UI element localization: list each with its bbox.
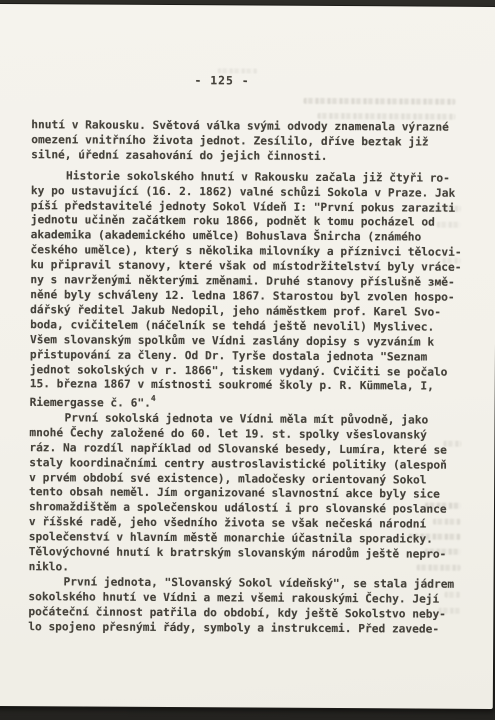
scanned-page-photo: - 125 - hnutí v Rakousku. Světová válka …: [0, 0, 495, 720]
paragraph-2: Historie sokolského hnutí v Rakousku zač…: [30, 169, 475, 414]
book-page: - 125 - hnutí v Rakousku. Světová válka …: [0, 4, 495, 709]
paragraph-3: První sokolská jednota ve Vídni měla mít…: [29, 411, 474, 578]
footnote-marker-4: 4: [151, 394, 156, 403]
paragraph-4-text: První jednota, "Slovanský Sokol vídeňský…: [28, 575, 454, 635]
paragraph-1: hnutí v Rakousku. Světová válka svými od…: [31, 118, 475, 165]
paragraph-1-text: hnutí v Rakousku. Světová válka svými od…: [31, 118, 449, 163]
show-through-text: [317, 113, 455, 120]
show-through-text: [303, 98, 455, 105]
page-body: hnutí v Rakousku. Světová válka svými od…: [28, 118, 475, 637]
paragraph-2-text: Historie sokolského hnutí v Rakousku zač…: [30, 169, 462, 393]
paragraph-4: První jednota, "Slovanský Sokol vídeňský…: [28, 575, 472, 637]
page-number: - 125 -: [0, 72, 473, 89]
paragraph-3-text: První sokolská jednota ve Vídni měla mít…: [29, 411, 447, 573]
paragraph-2-tail-text: Riemergasse č. 6".: [30, 396, 151, 410]
